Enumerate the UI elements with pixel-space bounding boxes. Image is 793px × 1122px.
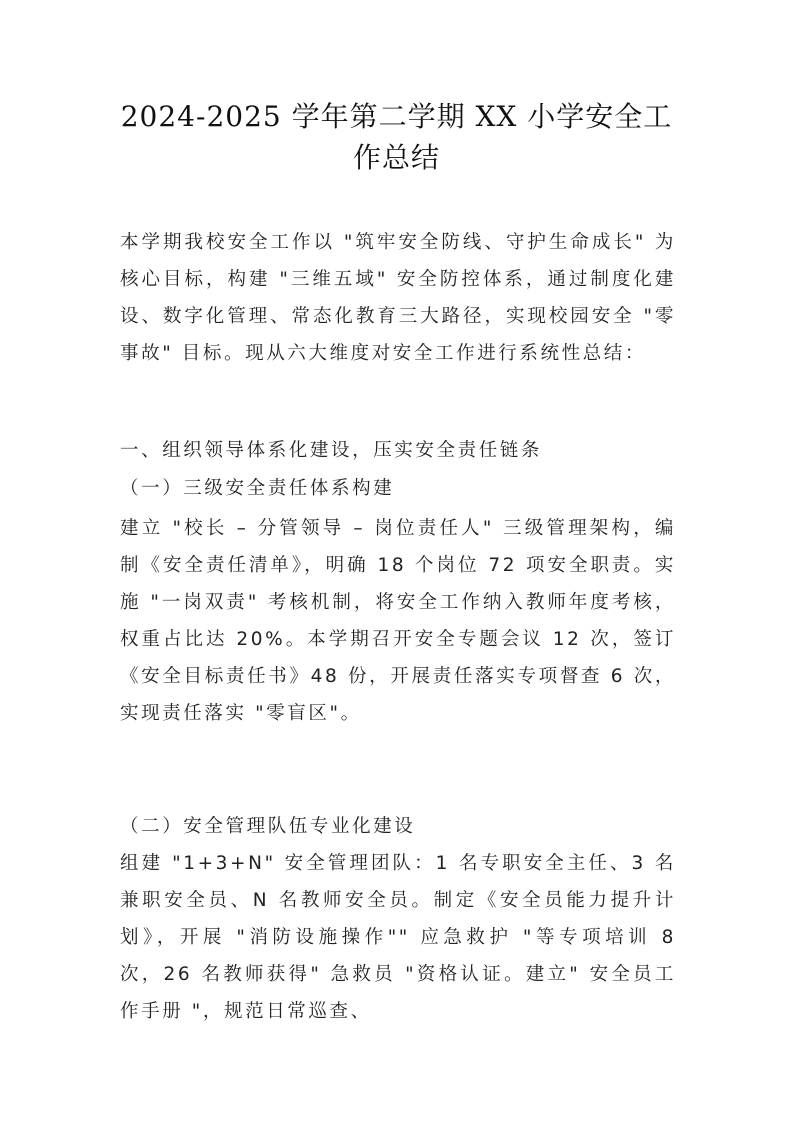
subsection-paragraph-1-2: 组建 "1+3+N" 安全管理团队：1 名专职安全主任、3 名兼职安全员、N 名… (120, 845, 676, 1030)
title-line-1: 2024-2025 学年第二学期 XX 小学安全工 (121, 100, 673, 133)
section-heading-1: 一、组织领导体系化建设，压实安全责任链条 (120, 432, 676, 469)
subsection-paragraph-1-1: 建立 "校长 – 分管领导 – 岗位责任人" 三级管理架构，编制《安全责任清单》… (120, 510, 676, 732)
title-line-2: 作总结 (353, 141, 440, 174)
subsection-heading-1-2: （二）安全管理队伍专业化建设 (120, 808, 676, 845)
document-title: 2024-2025 学年第二学期 XX 小学安全工 作总结 (120, 96, 673, 178)
subsection-heading-1-1: （一）三级安全责任体系构建 (120, 470, 676, 507)
document-page: 2024-2025 学年第二学期 XX 小学安全工 作总结 本学期我校安全工作以… (0, 0, 793, 1122)
intro-paragraph: 本学期我校安全工作以 "筑牢安全防线、守护生命成长" 为核心目标，构建 "三维五… (120, 224, 676, 372)
